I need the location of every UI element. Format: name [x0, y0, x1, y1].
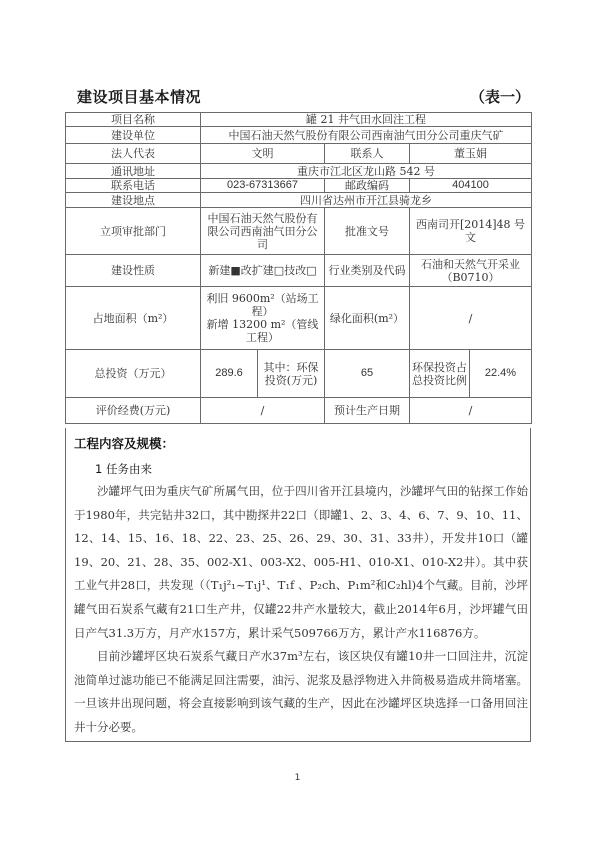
value-approval-doc: 西南司开[2014]48 号文	[410, 208, 532, 255]
row-builder: 建设单位 中国石油天然气股份有限公司西南油气田分公司重庆气矿	[66, 127, 532, 144]
project-info-table: 项目名称 罐 21 井气田水回注工程 建设单位 中国石油天然气股份有限公司西南油…	[65, 112, 532, 424]
label-postcode: 邮政编码	[325, 179, 410, 193]
value-project-name: 罐 21 井气田水回注工程	[201, 113, 532, 127]
label-site: 建设地点	[66, 193, 201, 208]
value-legal-rep: 文明	[201, 144, 325, 164]
value-area: 利旧 9600m²（站场工程） 新增 13200 m²（管线工程）	[201, 287, 325, 350]
page-title: 建设项目基本情况	[77, 86, 201, 107]
value-phone: 023-67313667	[201, 179, 325, 193]
label-builder: 建设单位	[66, 127, 201, 144]
row-site: 建设地点 四川省达州市开江县骑龙乡	[66, 193, 532, 208]
label-industry: 行业类别及代码	[325, 255, 410, 287]
label-investment: 总投资（万元）	[66, 350, 201, 398]
row-approval: 立项审批部门 中国石油天然气股份有限公司西南油气田分公司 批准文号 西南司开[2…	[66, 208, 532, 255]
value-address: 重庆市江北区龙山路 542 号	[201, 164, 532, 179]
value-contact: 董玉娟	[410, 144, 532, 164]
value-investment: 289.6	[201, 350, 258, 398]
paragraph-necessity: 目前沙罐坪区块石炭系气藏日产水37m³左右，该区块仅有罐10井一口回注井，沉淀池…	[74, 645, 528, 739]
value-area-new: 新增 13200 m²（管线工程）	[203, 318, 322, 344]
label-fee: 评价经费(万元)	[66, 398, 201, 424]
label-env-ratio: 环保投资占总投资比例	[410, 350, 470, 398]
label-approval-doc: 批准文号	[325, 208, 410, 255]
page-number: 1	[0, 773, 595, 783]
paragraph-background: 沙罐坪气田为重庆气矿所属气田，位于四川省开江县境内，沙罐坪气田的钻探工作始于19…	[74, 480, 528, 645]
label-env-investment: 其中：环保投资(万元)	[258, 350, 325, 398]
value-postcode: 404100	[410, 179, 532, 193]
label-legal-rep: 法人代表	[66, 144, 201, 164]
project-content-box: 工程内容及规模： 1 任务由来 沙罐坪气田为重庆气矿所属气田，位于四川省开江县境…	[65, 428, 531, 742]
value-builder: 中国石油天然气股份有限公司西南油气田分公司重庆气矿	[201, 127, 532, 144]
row-nature: 建设性质 新建■改扩建□技改□ 行业类别及代码 石油和天然气开采业（B0710）	[66, 255, 532, 287]
row-phone: 联系电话 023-67313667 邮政编码 404100	[66, 179, 532, 193]
value-area-existing: 利旧 9600m²（站场工程）	[203, 292, 322, 318]
section-heading: 1 任务由来	[95, 461, 152, 477]
value-site: 四川省达州市开江县骑龙乡	[201, 193, 532, 208]
row-legal-rep: 法人代表 文明 联系人 董玉娟	[66, 144, 532, 164]
value-approval: 中国石油天然气股份有限公司西南油气田分公司	[201, 208, 325, 255]
value-green-area: /	[410, 287, 532, 350]
table-number: （表一）	[470, 86, 530, 107]
row-address: 通讯地址 重庆市江北区龙山路 542 号	[66, 164, 532, 179]
value-nature: 新建■改扩建□技改□	[201, 255, 325, 287]
value-fee: /	[201, 398, 325, 424]
row-investment: 总投资（万元） 289.6 其中：环保投资(万元) 65 环保投资占总投资比例 …	[66, 350, 532, 398]
content-heading: 工程内容及规模：	[74, 434, 174, 452]
label-green-area: 绿化面积(m²）	[325, 287, 410, 350]
label-address: 通讯地址	[66, 164, 201, 179]
label-approval: 立项审批部门	[66, 208, 201, 255]
label-project-name: 项目名称	[66, 113, 201, 127]
label-production-date: 预计生产日期	[325, 398, 410, 424]
label-contact: 联系人	[325, 144, 410, 164]
content-body: 沙罐坪气田为重庆气矿所属气田，位于四川省开江县境内，沙罐坪气田的钻探工作始于19…	[74, 480, 528, 740]
value-production-date: /	[410, 398, 532, 424]
value-env-investment: 65	[325, 350, 410, 398]
label-area: 占地面积（m²）	[66, 287, 201, 350]
label-nature: 建设性质	[66, 255, 201, 287]
row-project-name: 项目名称 罐 21 井气田水回注工程	[66, 113, 532, 127]
label-phone: 联系电话	[66, 179, 201, 193]
row-area: 占地面积（m²） 利旧 9600m²（站场工程） 新增 13200 m²（管线工…	[66, 287, 532, 350]
row-fee: 评价经费(万元) / 预计生产日期 /	[66, 398, 532, 424]
value-env-ratio: 22.4%	[470, 350, 532, 398]
value-industry: 石油和天然气开采业（B0710）	[410, 255, 532, 287]
